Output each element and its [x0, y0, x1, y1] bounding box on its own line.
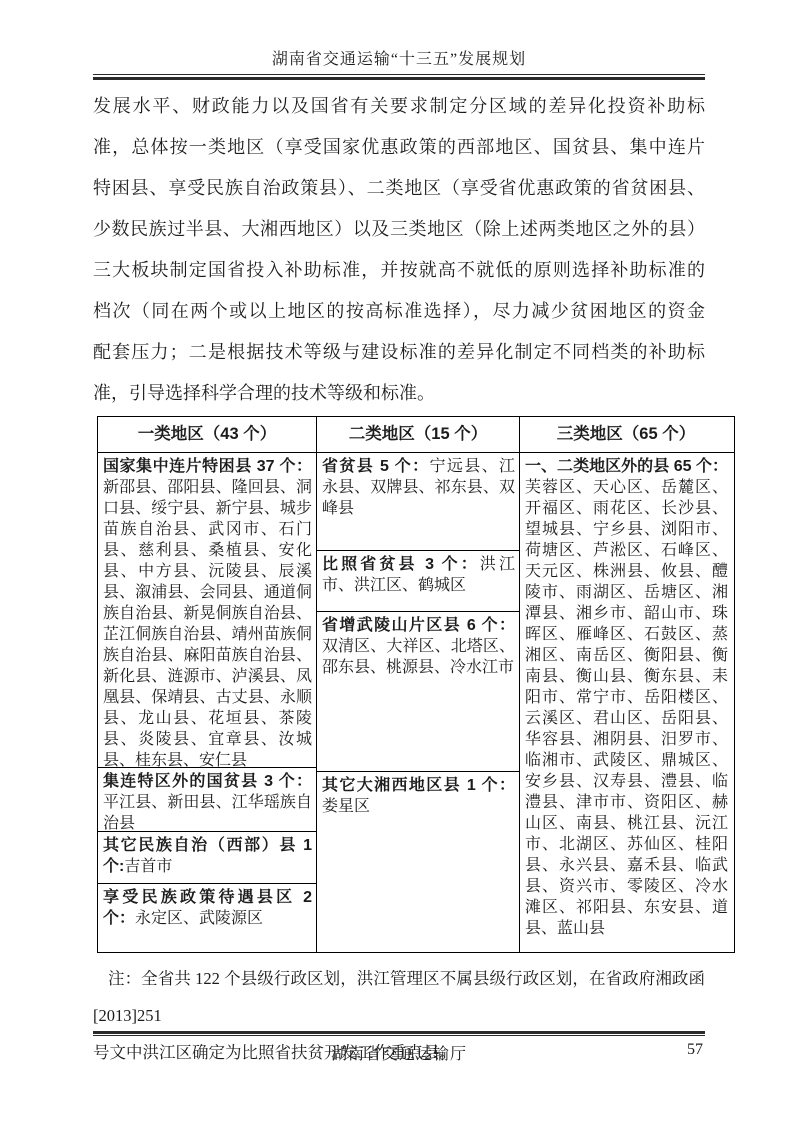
page-header: 湖南省交通运输“十三五”发展规划 [93, 0, 705, 80]
cell-county-list: 芙蓉区、天心区、岳麓区、开福区、雨花区、长沙县、望城县、宁乡县、浏阳市、荷塘区、… [525, 479, 728, 937]
table-cell: 一、二类地区外的县 65 个：芙蓉区、天心区、岳麓区、开福区、雨花区、长沙县、望… [520, 453, 732, 952]
header-rule [93, 74, 705, 80]
cell-category-label: 一、二类地区外的县 65 个： [525, 458, 728, 475]
note-line: 注：全省共 122 个县级行政区划，洪江管理区不属县级行政区划，在省政府湘政函[… [93, 960, 705, 1034]
body-line: 准，引导选择科学合理的技术等级和标准。 [93, 373, 705, 414]
table-column-category-3-region: 一、二类地区外的县 65 个：芙蓉区、天心区、岳麓区、开福区、雨花区、长沙县、望… [520, 453, 732, 952]
footer-title: 湖南省交通运输厅 [331, 1046, 467, 1063]
body-line: 少数民族过半县、大湘西地区）以及三类地区（除上述两类地区之外的县） [93, 209, 705, 250]
footer-rule-thin-line [93, 1035, 705, 1036]
cell-category-label: 省增武陵山片区县 6 个： [322, 617, 515, 634]
table-column-category-1-region: 国家集中连片特困县 37 个：新邵县、邵阳县、隆回县、洞口县、绥宁县、新宁县、城… [98, 453, 317, 952]
body-line: 准，总体按一类地区（享受国家优惠政策的西部地区、国贫县、集中连片 [93, 127, 705, 168]
table-header-row: 一类地区（43 个）二类地区（15 个）三类地区（65 个） [98, 417, 734, 453]
table-cell: 其它大湘西地区县 1 个：娄星区 [317, 772, 519, 952]
cell-county-list: 新邵县、邵阳县、隆回县、洞口县、绥宁县、新宁县、城步苗族自治县、武冈市、石门县、… [103, 479, 312, 768]
page-footer: 湖南省交通运输厅 57 [93, 1031, 705, 1064]
table-column-category-2-region: 省贫县 5 个：宁远县、江永县、双牌县、祁东县、双峰县比照省贫县 3 个：洪江市… [317, 453, 520, 952]
cell-category-label: 比照省贫县 3 个： [322, 556, 480, 573]
cell-category-label: 国家集中连片特困县 37 个： [103, 458, 312, 475]
body-paragraph: 发展水平、财政能力以及国省有关要求制定分区域的差异化投资补助标准，总体按一类地区… [93, 86, 705, 414]
cell-county-list: 永定区、武陵源区 [135, 910, 263, 927]
body-line: 档次（同在两个或以上地区的按高标准选择），尽力减少贫困地区的资金 [93, 291, 705, 332]
cell-county-list: 平江县、新田县、江华瑶族自治县 [103, 794, 312, 832]
cell-county-list: 吉首市 [124, 858, 172, 875]
page-main: 发展水平、财政能力以及国省有关要求制定分区域的差异化投资补助标准，总体按一类地区… [93, 86, 705, 1071]
cell-category-label: 其它大湘西地区县 1 个： [322, 777, 515, 794]
document-page: 湖南省交通运输“十三五”发展规划 发展水平、财政能力以及国省有关要求制定分区域的… [0, 0, 793, 1122]
cell-category-label: 集连特区外的国贫县 3 个： [103, 773, 312, 790]
footer-row: 湖南省交通运输厅 57 [93, 1041, 705, 1064]
table-cell: 省贫县 5 个：宁远县、江永县、双牌县、祁东县、双峰县 [317, 453, 519, 551]
table-cell: 省增武陵山片区县 6 个：双清区、大祥区、北塔区、邵东县、桃源县、冷水江市 [317, 612, 519, 772]
cell-county-list: 娄星区 [322, 798, 370, 815]
body-line: 配套压力；二是根据技术等级与建设标准的差异化制定不同档类的补助标 [93, 332, 705, 373]
body-line: 三大板块制定国省投入补助标准，并按就高不就低的原则选择补助标准的 [93, 250, 705, 291]
region-classification-table: 一类地区（43 个）二类地区（15 个）三类地区（65 个） 国家集中连片特困县… [97, 416, 735, 953]
table-cell: 比照省贫县 3 个：洪江市、洪江区、鹤城区 [317, 551, 519, 612]
table-cell: 享受民族政策待遇县区 2 个：永定区、武陵源区 [98, 884, 316, 952]
table-column-header: 一类地区（43 个） [98, 417, 317, 452]
table-cell: 国家集中连片特困县 37 个：新邵县、邵阳县、隆回县、洞口县、绥宁县、新宁县、城… [98, 453, 316, 768]
header-title: 湖南省交通运输“十三五”发展规划 [93, 0, 705, 69]
cell-county-list: 双清区、大祥区、北塔区、邵东县、桃源县、冷水江市 [322, 638, 515, 676]
header-rule-thick-line [93, 77, 705, 80]
page-number: 57 [687, 1041, 703, 1059]
table-body: 国家集中连片特困县 37 个：新邵县、邵阳县、隆回县、洞口县、绥宁县、新宁县、城… [98, 453, 734, 952]
table-column-header: 三类地区（65 个） [520, 417, 732, 452]
body-line: 特困县、享受民族自治政策县）、二类地区（享受省优惠政策的省贫困县、 [93, 168, 705, 209]
table-column-header: 二类地区（15 个） [317, 417, 520, 452]
table-cell: 集连特区外的国贫县 3 个：平江县、新田县、江华瑶族自治县 [98, 768, 316, 832]
table-cell: 其它民族自治（西部）县 1 个:吉首市 [98, 832, 316, 884]
body-line: 发展水平、财政能力以及国省有关要求制定分区域的差异化投资补助标 [93, 86, 705, 127]
cell-category-label: 省贫县 5 个： [322, 458, 429, 475]
